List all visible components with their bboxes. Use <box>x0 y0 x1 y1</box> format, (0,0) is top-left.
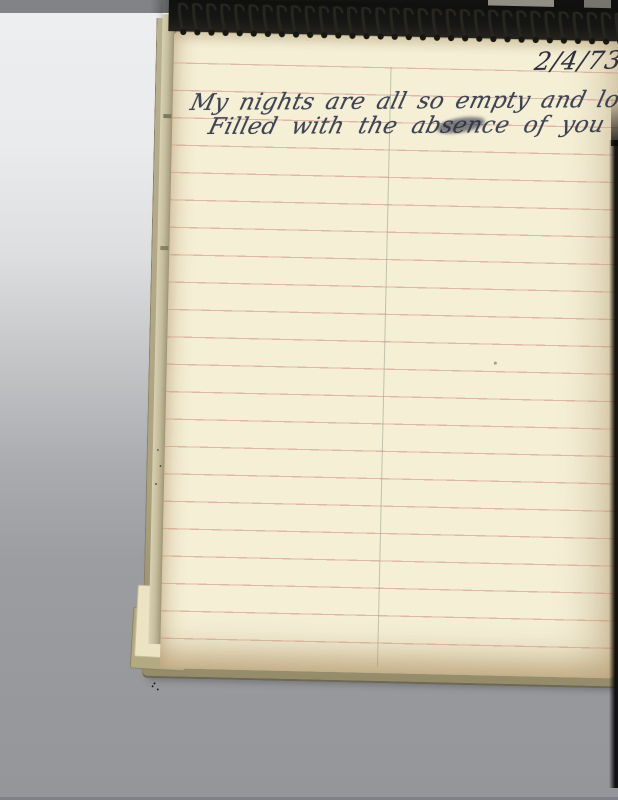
scan-speck: :. <box>149 680 164 694</box>
handwritten-line-2: Filled with the absence of you <box>206 112 608 140</box>
handwritten-date: 2/4/73 <box>532 45 618 76</box>
stack-edge-mark <box>160 246 168 250</box>
stack-edge-mark <box>163 114 171 118</box>
stack-edge-speckles <box>154 444 164 504</box>
scanned-notebook-photo: 2/4/73 My nights are all so empty and lo… <box>0 0 618 800</box>
scan-shadow-right <box>609 140 618 788</box>
scan-shadow-right-fade <box>611 96 618 146</box>
handwritten-line-2-after: of you <box>506 112 607 138</box>
handwritten-line-2-before: Filled with the <box>206 113 415 140</box>
paper-speck <box>494 362 497 365</box>
scribbled-word-wrapper: absence <box>409 112 513 139</box>
